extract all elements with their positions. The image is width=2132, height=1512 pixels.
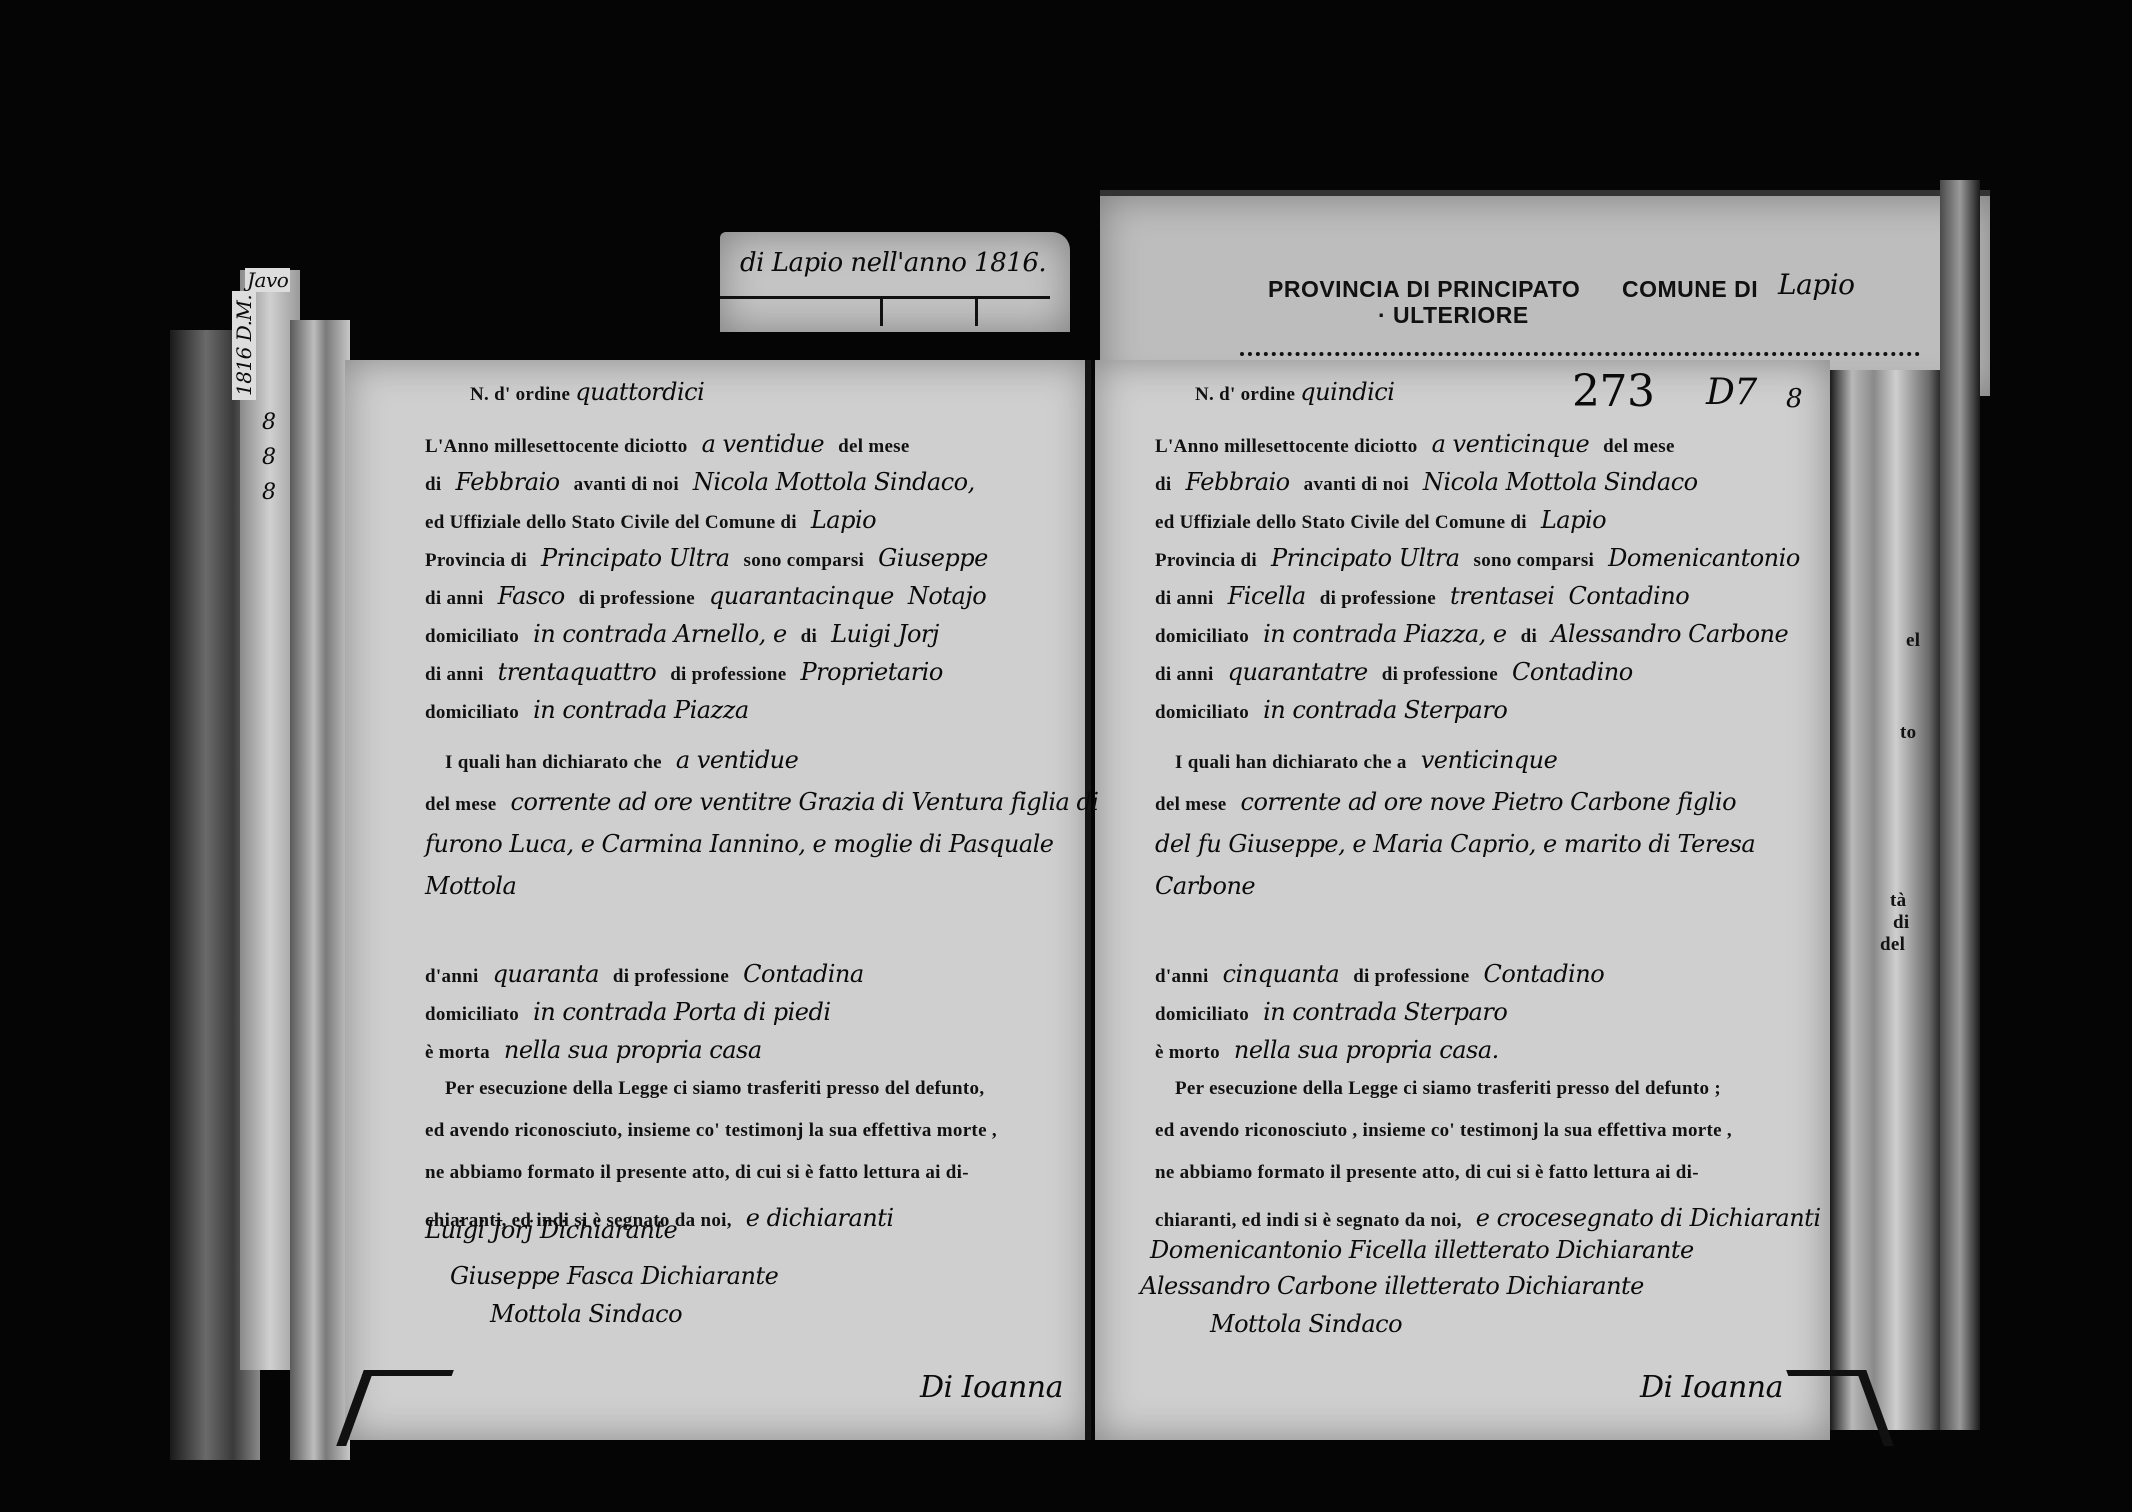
left-tab-heading: di Lapio nell'anno 1816. xyxy=(740,248,1046,278)
handwritten-text: e crocesegnato di Dichiaranti xyxy=(1476,1204,1821,1232)
spine-number: 8 xyxy=(262,445,276,470)
handwritten-text: in contrada Sterparo xyxy=(1263,696,1507,724)
printed-text: di professione xyxy=(670,664,786,685)
record-line: ed avendo riconosciuto, insieme co' test… xyxy=(425,1120,1011,1142)
record-line: ed Uffiziale dello Stato Civile del Comu… xyxy=(1155,506,1620,534)
printed-text: di professione xyxy=(1353,966,1469,987)
book-right-edge xyxy=(1940,180,1980,1430)
left-signature: Giuseppe Fasca Dichiarante xyxy=(450,1262,778,1290)
printed-text: domiciliato xyxy=(425,626,519,647)
record-line: d'anniquarantadi professioneContadina xyxy=(425,960,878,988)
handwritten-text: Carbone xyxy=(1155,872,1255,900)
comune-value: Lapio xyxy=(1778,268,1855,301)
handwritten-text: in contrada Arnello, e xyxy=(533,620,787,648)
handwritten-text: Contadino xyxy=(1512,658,1633,686)
record-line: diFebbraioavanti di noiNicola Mottola Si… xyxy=(425,468,989,496)
handwritten-text: in contrada Piazza, e xyxy=(1263,620,1507,648)
printed-text: Per esecuzione della Legge ci siamo tras… xyxy=(1175,1078,1721,1099)
printed-text: di anni xyxy=(1155,588,1214,609)
printed-text: ed avendo riconosciuto , insieme co' tes… xyxy=(1155,1120,1732,1141)
left-signature: Mottola Sindaco xyxy=(490,1300,682,1328)
printed-text: di xyxy=(425,474,441,495)
spine-numbers: 8 8 8 xyxy=(262,410,276,505)
printed-text: ed Uffiziale dello Stato Civile del Comu… xyxy=(1155,512,1527,533)
handwritten-text: corrente ad ore nove Pietro Carbone figl… xyxy=(1241,788,1737,816)
record-line: Mottola xyxy=(425,872,530,900)
handwritten-text: Contadino xyxy=(1568,582,1689,610)
margin-fragment: el xyxy=(1906,630,1920,652)
printed-text: del mese xyxy=(1155,794,1227,815)
record-line: è mortanella sua propria casa xyxy=(425,1036,776,1064)
left-tab-divider xyxy=(880,296,883,326)
printed-text: di anni xyxy=(425,588,484,609)
printed-text: avanti di noi xyxy=(1304,474,1409,495)
printed-text: di professione xyxy=(1382,664,1498,685)
handwritten-text: nella sua propria casa xyxy=(504,1036,762,1064)
printed-text: sono comparsi xyxy=(1474,550,1595,571)
printed-text: Provincia di xyxy=(1155,550,1257,571)
record-line: domiciliatoin contrada Piazza, ediAlessa… xyxy=(1155,620,1802,648)
stamp-number: 273 xyxy=(1572,366,1654,417)
printed-text: domiciliato xyxy=(425,1004,519,1025)
printed-text: domiciliato xyxy=(425,702,519,723)
printed-text: domiciliato xyxy=(1155,1004,1249,1025)
handwritten-text: Alessandro Carbone xyxy=(1551,620,1788,648)
handwritten-text: Principato Ultra xyxy=(1271,544,1460,572)
handwritten-text: Proprietario xyxy=(800,658,942,686)
record-line: I quali han dichiarato che aventicinque xyxy=(1175,746,1571,774)
right-order-line: N. d' ordine quindici xyxy=(1195,378,1394,406)
margin-fragment: di xyxy=(1893,912,1909,934)
printed-text: ne abbiamo formato il presente atto, di … xyxy=(1155,1162,1699,1183)
handwritten-text: a venticinque xyxy=(1432,430,1590,458)
record-line: furono Luca, e Carmina Iannino, e moglie… xyxy=(425,830,1068,858)
printed-text: è morto xyxy=(1155,1042,1220,1063)
handwritten-text: Contadina xyxy=(743,960,864,988)
printed-text: ne abbiamo formato il presente atto, di … xyxy=(425,1162,969,1183)
record-line: Per esecuzione della Legge ci siamo tras… xyxy=(1175,1078,1735,1100)
handwritten-text: quaranta xyxy=(493,960,599,988)
province-heading-line2: · ULTERIORE xyxy=(1378,302,1529,329)
handwritten-text: cinquanta xyxy=(1223,960,1340,988)
folio-number: 8 xyxy=(1786,384,1802,414)
spine-number: 8 xyxy=(262,410,276,435)
record-line: di annitrentaquattrodi professionePropri… xyxy=(425,658,957,686)
handwritten-text: in contrada Piazza xyxy=(533,696,749,724)
handwritten-text: in contrada Sterparo xyxy=(1263,998,1507,1026)
printed-text: è morta xyxy=(425,1042,490,1063)
spine-label-top: Javo xyxy=(245,268,290,292)
printed-text: d'anni xyxy=(425,966,479,987)
left-tab-sheet xyxy=(720,232,1070,332)
record-line: chiaranti, ed indi si è segnato da noi,e… xyxy=(1155,1204,1835,1232)
record-line: Provincia diPrincipato Ultrasono compars… xyxy=(1155,544,1814,572)
record-line: domiciliatoin contrada Arnello, ediLuigi… xyxy=(425,620,953,648)
handwritten-text: a ventidue xyxy=(702,430,825,458)
printed-text: ed Uffiziale dello Stato Civile del Comu… xyxy=(425,512,797,533)
handwritten-text: quarantatre xyxy=(1228,658,1368,686)
printed-text: avanti di noi xyxy=(574,474,679,495)
left-tab-divider xyxy=(975,296,978,326)
margin-fragment: del xyxy=(1880,934,1905,956)
record-line: diFebbraioavanti di noiNicola Mottola Si… xyxy=(1155,468,1712,496)
stamp-suffix: D7 xyxy=(1706,372,1757,413)
handwritten-text: del fu Giuseppe, e Maria Caprio, e marit… xyxy=(1155,830,1755,858)
printed-text: L'Anno millesettocente diciotto xyxy=(425,436,688,457)
order-value: quattordici xyxy=(575,378,704,406)
printed-text: di professione xyxy=(613,966,729,987)
handwritten-text: Ficella xyxy=(1228,582,1306,610)
handwritten-text: Lapio xyxy=(1541,506,1606,534)
handwritten-text: Febbraio xyxy=(455,468,559,496)
record-line: domiciliatoin contrada Sterparo xyxy=(1155,998,1521,1026)
handwritten-text: a ventidue xyxy=(676,746,799,774)
order-label: N. d' ordine xyxy=(470,384,570,405)
handwritten-text: Giuseppe xyxy=(878,544,988,572)
right-signature: Alessandro Carbone illetterato Dichiaran… xyxy=(1140,1272,1644,1300)
handwritten-text: Lapio xyxy=(811,506,876,534)
printed-text: di xyxy=(1521,626,1537,647)
record-line: ed Uffiziale dello Stato Civile del Comu… xyxy=(425,506,890,534)
printed-text: sono comparsi xyxy=(744,550,865,571)
record-line: di anniquarantatredi professioneContadin… xyxy=(1155,658,1647,686)
printed-text: Provincia di xyxy=(425,550,527,571)
printed-text: del mese xyxy=(1603,436,1675,457)
printed-text: domiciliato xyxy=(1155,626,1249,647)
handwritten-text: Nicola Mottola Sindaco, xyxy=(693,468,975,496)
printed-text: di professione xyxy=(579,588,695,609)
record-line: ne abbiamo formato il presente atto, di … xyxy=(425,1162,983,1184)
right-countersign: Di Ioanna xyxy=(1640,1370,1783,1405)
record-line: domiciliatoin contrada Piazza xyxy=(425,696,763,724)
province-heading: PROVINCIA DI PRINCIPATO xyxy=(1268,276,1580,303)
right-signature: Domenicantonio Ficella illetterato Dichi… xyxy=(1150,1236,1694,1264)
printed-text: del mese xyxy=(838,436,910,457)
printed-text: di anni xyxy=(1155,664,1214,685)
printed-text: di professione xyxy=(1320,588,1436,609)
record-line: Provincia diPrincipato Ultrasono compars… xyxy=(425,544,1002,572)
printed-text: ed avendo riconosciuto, insieme co' test… xyxy=(425,1120,997,1141)
left-order-line: N. d' ordine quattordici xyxy=(470,378,704,406)
printed-text: del mese xyxy=(425,794,497,815)
printed-text: chiaranti, ed indi si è segnato da noi, xyxy=(1155,1210,1462,1231)
handwritten-text: Febbraio xyxy=(1185,468,1289,496)
printed-text: I quali han dichiarato che a xyxy=(1175,752,1407,773)
record-line: del fu Giuseppe, e Maria Caprio, e marit… xyxy=(1155,830,1769,858)
record-line: d'annicinquantadi professioneContadino xyxy=(1155,960,1618,988)
record-line: domiciliatoin contrada Sterparo xyxy=(1155,696,1521,724)
handwritten-text: nella sua propria casa. xyxy=(1234,1036,1499,1064)
handwritten-text: corrente ad ore ventitre Grazia di Ventu… xyxy=(511,788,1099,816)
printed-text: d'anni xyxy=(1155,966,1209,987)
handwritten-text: furono Luca, e Carmina Iannino, e moglie… xyxy=(425,830,1054,858)
handwritten-text: Principato Ultra xyxy=(541,544,730,572)
handwritten-text: quarantacinque xyxy=(709,582,894,610)
margin-fragment: tà xyxy=(1890,890,1906,912)
left-countersign: Di Ioanna xyxy=(920,1370,1063,1405)
printed-text: di anni xyxy=(425,664,484,685)
record-line: ed avendo riconosciuto , insieme co' tes… xyxy=(1155,1120,1746,1142)
order-label: N. d' ordine xyxy=(1195,384,1295,405)
left-signature: Luigi Jorj Dichiarante xyxy=(425,1216,677,1244)
order-value: quindici xyxy=(1300,378,1394,406)
record-line: L'Anno millesettocente diciottoa ventidu… xyxy=(425,430,924,458)
printed-text: Per esecuzione della Legge ci siamo tras… xyxy=(445,1078,984,1099)
record-line: Carbone xyxy=(1155,872,1269,900)
printed-text: I quali han dichiarato che xyxy=(445,752,662,773)
record-line: L'Anno millesettocente diciottoa ventici… xyxy=(1155,430,1689,458)
printed-text: L'Anno millesettocente diciotto xyxy=(1155,436,1418,457)
printed-text: domiciliato xyxy=(1155,702,1249,723)
record-line: domiciliatoin contrada Porta di piedi xyxy=(425,998,845,1026)
handwritten-text: Mottola xyxy=(425,872,516,900)
left-page-right-border xyxy=(1085,360,1091,1440)
handwritten-text: trentasei xyxy=(1450,582,1554,610)
record-line: I quali han dichiarato chea ventidue xyxy=(445,746,812,774)
handwritten-text: Fasco xyxy=(498,582,565,610)
handwritten-text: Contadino xyxy=(1483,960,1604,988)
comune-label: COMUNE DI xyxy=(1622,276,1758,303)
record-line: è mortonella sua propria casa. xyxy=(1155,1036,1513,1064)
record-line: di anniFascodi professionequarantacinque… xyxy=(425,582,1000,610)
spine-label-vertical: 1816 D.M. xyxy=(232,291,256,400)
handwritten-text: in contrada Porta di piedi xyxy=(533,998,830,1026)
record-line: di anniFicelladi professionetrentaseiCon… xyxy=(1155,582,1703,610)
handwritten-text: Notajo xyxy=(908,582,986,610)
handwritten-text: Nicola Mottola Sindaco xyxy=(1423,468,1698,496)
record-line: ne abbiamo formato il presente atto, di … xyxy=(1155,1162,1713,1184)
margin-fragment: to xyxy=(1900,722,1916,744)
handwritten-text: venticinque xyxy=(1421,746,1558,774)
handwritten-text: trentaquattro xyxy=(498,658,657,686)
right-signature: Mottola Sindaco xyxy=(1210,1310,1402,1338)
handwritten-text: e dichiaranti xyxy=(746,1204,894,1232)
printed-text: di xyxy=(1155,474,1171,495)
record-line: Per esecuzione della Legge ci siamo tras… xyxy=(445,1078,998,1100)
printed-text: di xyxy=(801,626,817,647)
record-line: del mesecorrente ad ore nove Pietro Carb… xyxy=(1155,788,1750,816)
right-stack-pages xyxy=(1830,370,1940,1430)
left-stack-pages xyxy=(290,320,350,1460)
record-line: del mesecorrente ad ore ventitre Grazia … xyxy=(425,788,1112,816)
left-tab-rule xyxy=(720,296,1050,299)
handwritten-text: Domenicantonio xyxy=(1608,544,1800,572)
handwritten-text: Luigi Jorj xyxy=(831,620,939,648)
spine-number: 8 xyxy=(262,480,276,505)
